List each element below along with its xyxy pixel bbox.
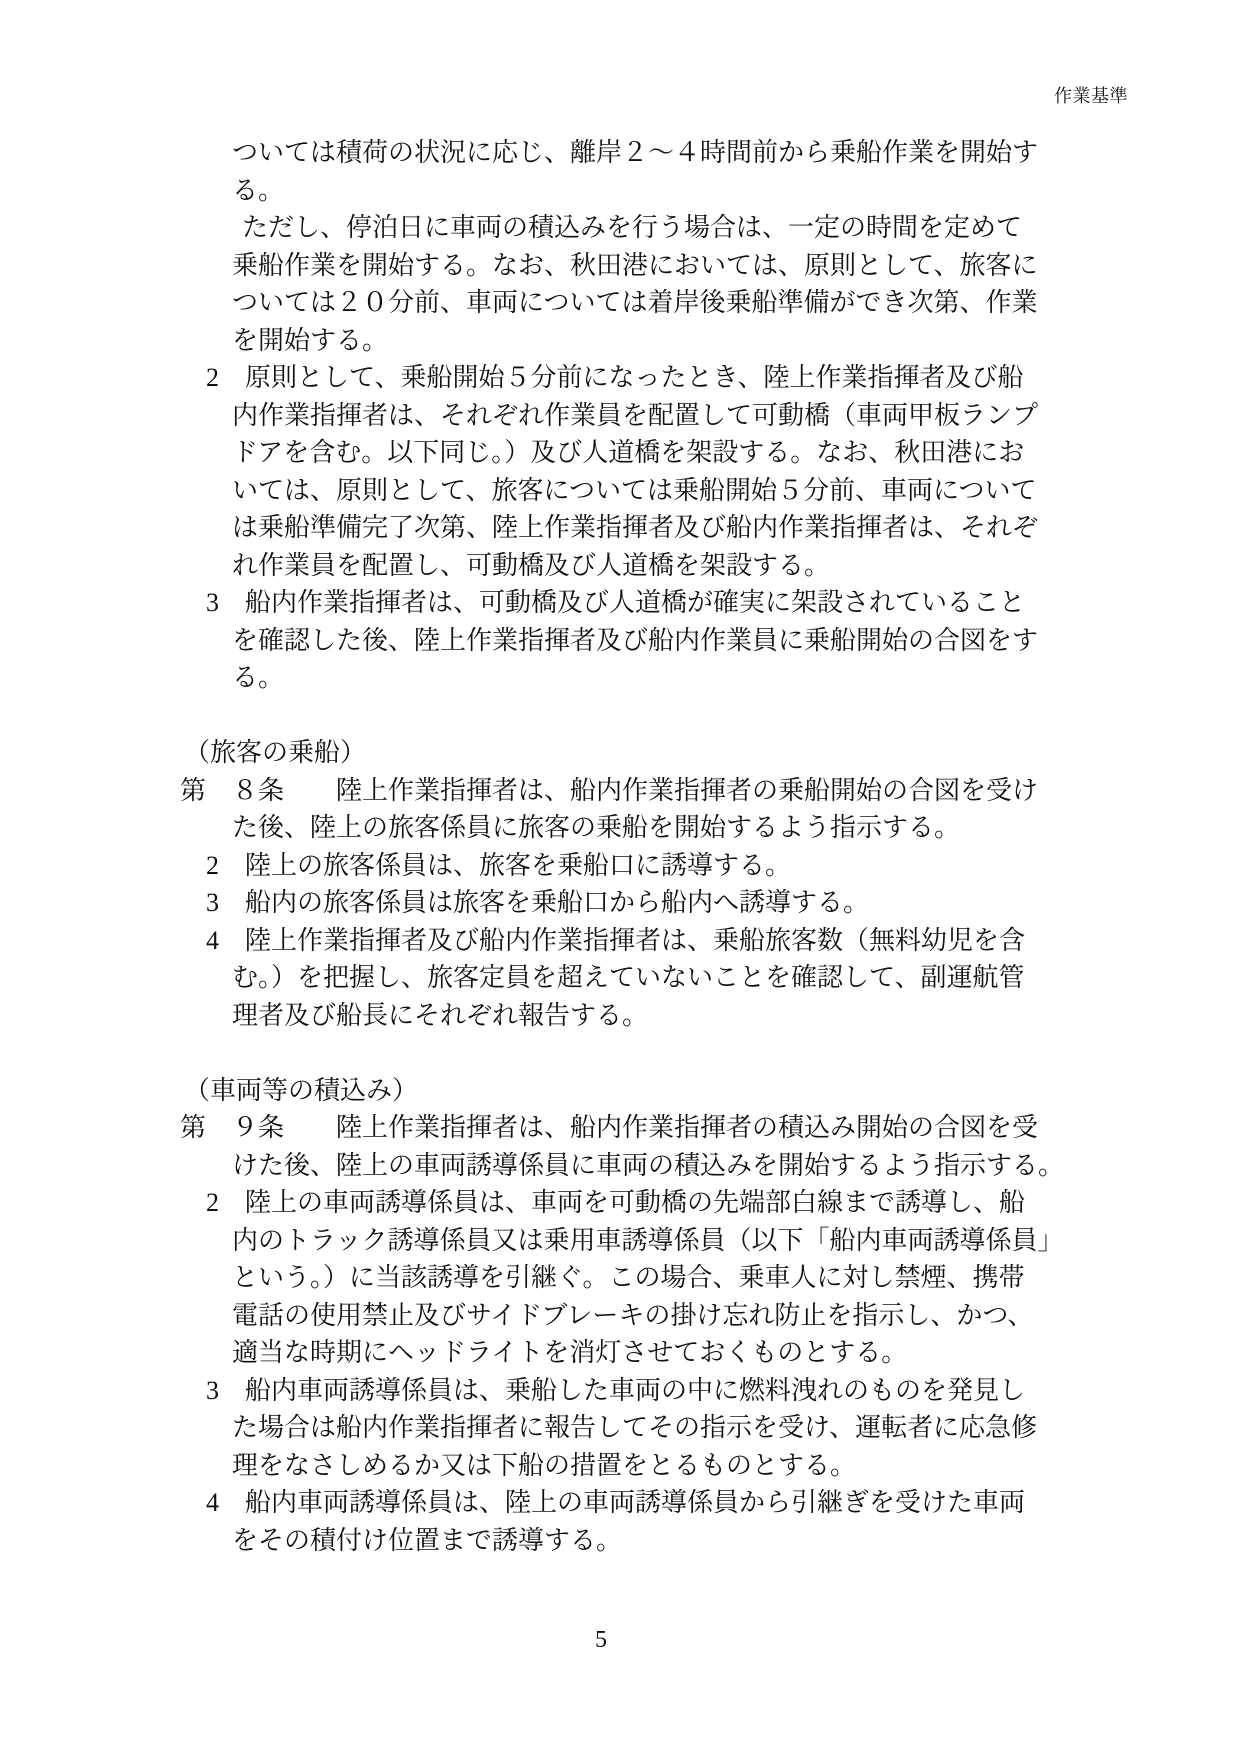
text-line: た後、陸上の旅客係員に旅客の乗船を開始するよう指示する。 — [180, 809, 1080, 847]
text-line: をその積付け位置まで誘導する。 — [180, 1522, 1080, 1560]
text-line: 第 ８条 陸上作業指揮者は、船内作業指揮者の乗船開始の合図を受け — [180, 772, 1080, 810]
text-line: 2 原則として、乗船開始５分前になったとき、陸上作業指揮者及び船 — [180, 359, 1080, 397]
text-line: という。）に当該誘導を引継ぐ。この場合、乗車人に対し禁煙、携帯 — [180, 1259, 1080, 1297]
text-line: は乗船準備完了次第、陸上作業指揮者及び船内作業指揮者は、それぞ — [180, 509, 1080, 547]
text-line: 2 陸上の旅客係員は、旅客を乗船口に誘導する。 — [180, 847, 1080, 885]
text-line: る。 — [180, 659, 1080, 697]
section-heading: （旅客の乗船） — [180, 734, 1080, 772]
page-header-label: 作業基準 — [1054, 82, 1128, 108]
text-line: 3 船内車両誘導係員は、乗船した車両の中に燃料洩れのものを発見し — [180, 1372, 1080, 1410]
text-line: る。 — [180, 172, 1080, 210]
text-line: 4 船内車両誘導係員は、陸上の車両誘導係員から引継ぎを受けた車両 — [180, 1484, 1080, 1522]
text-line: 理をなさしめるか又は下船の措置をとるものとする。 — [180, 1447, 1080, 1485]
text-line: ついては２０分前、車両については着岸後乗船準備ができ次第、作業 — [180, 284, 1080, 322]
text-line: を確認した後、陸上作業指揮者及び船内作業員に乗船開始の合図をす — [180, 622, 1080, 660]
text-line: 適当な時期にヘッドライトを消灯させておくものとする。 — [180, 1334, 1080, 1372]
text-line: れ作業員を配置し、可動橋及び人道橋を架設する。 — [180, 547, 1080, 585]
text-line: 4 陸上作業指揮者及び船内作業指揮者は、乗船旅客数（無料幼児を含 — [180, 922, 1080, 960]
text-line: 内のトラック誘導係員又は乗用車誘導係員（以下「船内車両誘導係員」 — [180, 1222, 1080, 1260]
text-line: を開始する。 — [180, 322, 1080, 360]
text-line: む。）を把握し、旅客定員を超えていないことを確認して、副運航管 — [180, 959, 1080, 997]
page-number: 5 — [180, 1622, 1022, 1660]
document-body: ついては積荷の状況に応じ、離岸２～４時間前から乗船作業を開始す る。 ただし、停… — [180, 134, 1080, 1559]
section-heading: （車両等の積込み） — [180, 1072, 1080, 1110]
document-page: 作業基準 ついては積荷の状況に応じ、離岸２～４時間前から乗船作業を開始す る。 … — [0, 0, 1241, 1755]
text-line: いては、原則として、旅客については乗船開始５分前、車両について — [180, 472, 1080, 510]
text-line: 電話の使用禁止及びサイドブレーキの掛け忘れ防止を指示し、かつ、 — [180, 1297, 1080, 1335]
text-line: ドアを含む。以下同じ。）及び人道橋を架設する。なお、秋田港にお — [180, 434, 1080, 472]
text-line: 2 陸上の車両誘導係員は、車両を可動橋の先端部白線まで誘導し、船 — [180, 1184, 1080, 1222]
text-line: ただし、停泊日に車両の積込みを行う場合は、一定の時間を定めて — [180, 209, 1080, 247]
text-line: 乗船作業を開始する。なお、秋田港においては、原則として、旅客に — [180, 247, 1080, 285]
text-line: 理者及び船長にそれぞれ報告する。 — [180, 997, 1080, 1035]
text-line: ついては積荷の状況に応じ、離岸２～４時間前から乗船作業を開始す — [180, 134, 1080, 172]
text-line: 内作業指揮者は、それぞれ作業員を配置して可動橋（車両甲板ランプ — [180, 397, 1080, 435]
text-line: 第 ９条 陸上作業指揮者は、船内作業指揮者の積込み開始の合図を受 — [180, 1109, 1080, 1147]
text-line: けた後、陸上の車両誘導係員に車両の積込みを開始するよう指示する。 — [180, 1147, 1080, 1185]
text-line: 3 船内作業指揮者は、可動橋及び人道橋が確実に架設されていること — [180, 584, 1080, 622]
text-line: 3 船内の旅客係員は旅客を乗船口から船内へ誘導する。 — [180, 884, 1080, 922]
text-line: た場合は船内作業指揮者に報告してその指示を受け、運転者に応急修 — [180, 1409, 1080, 1447]
